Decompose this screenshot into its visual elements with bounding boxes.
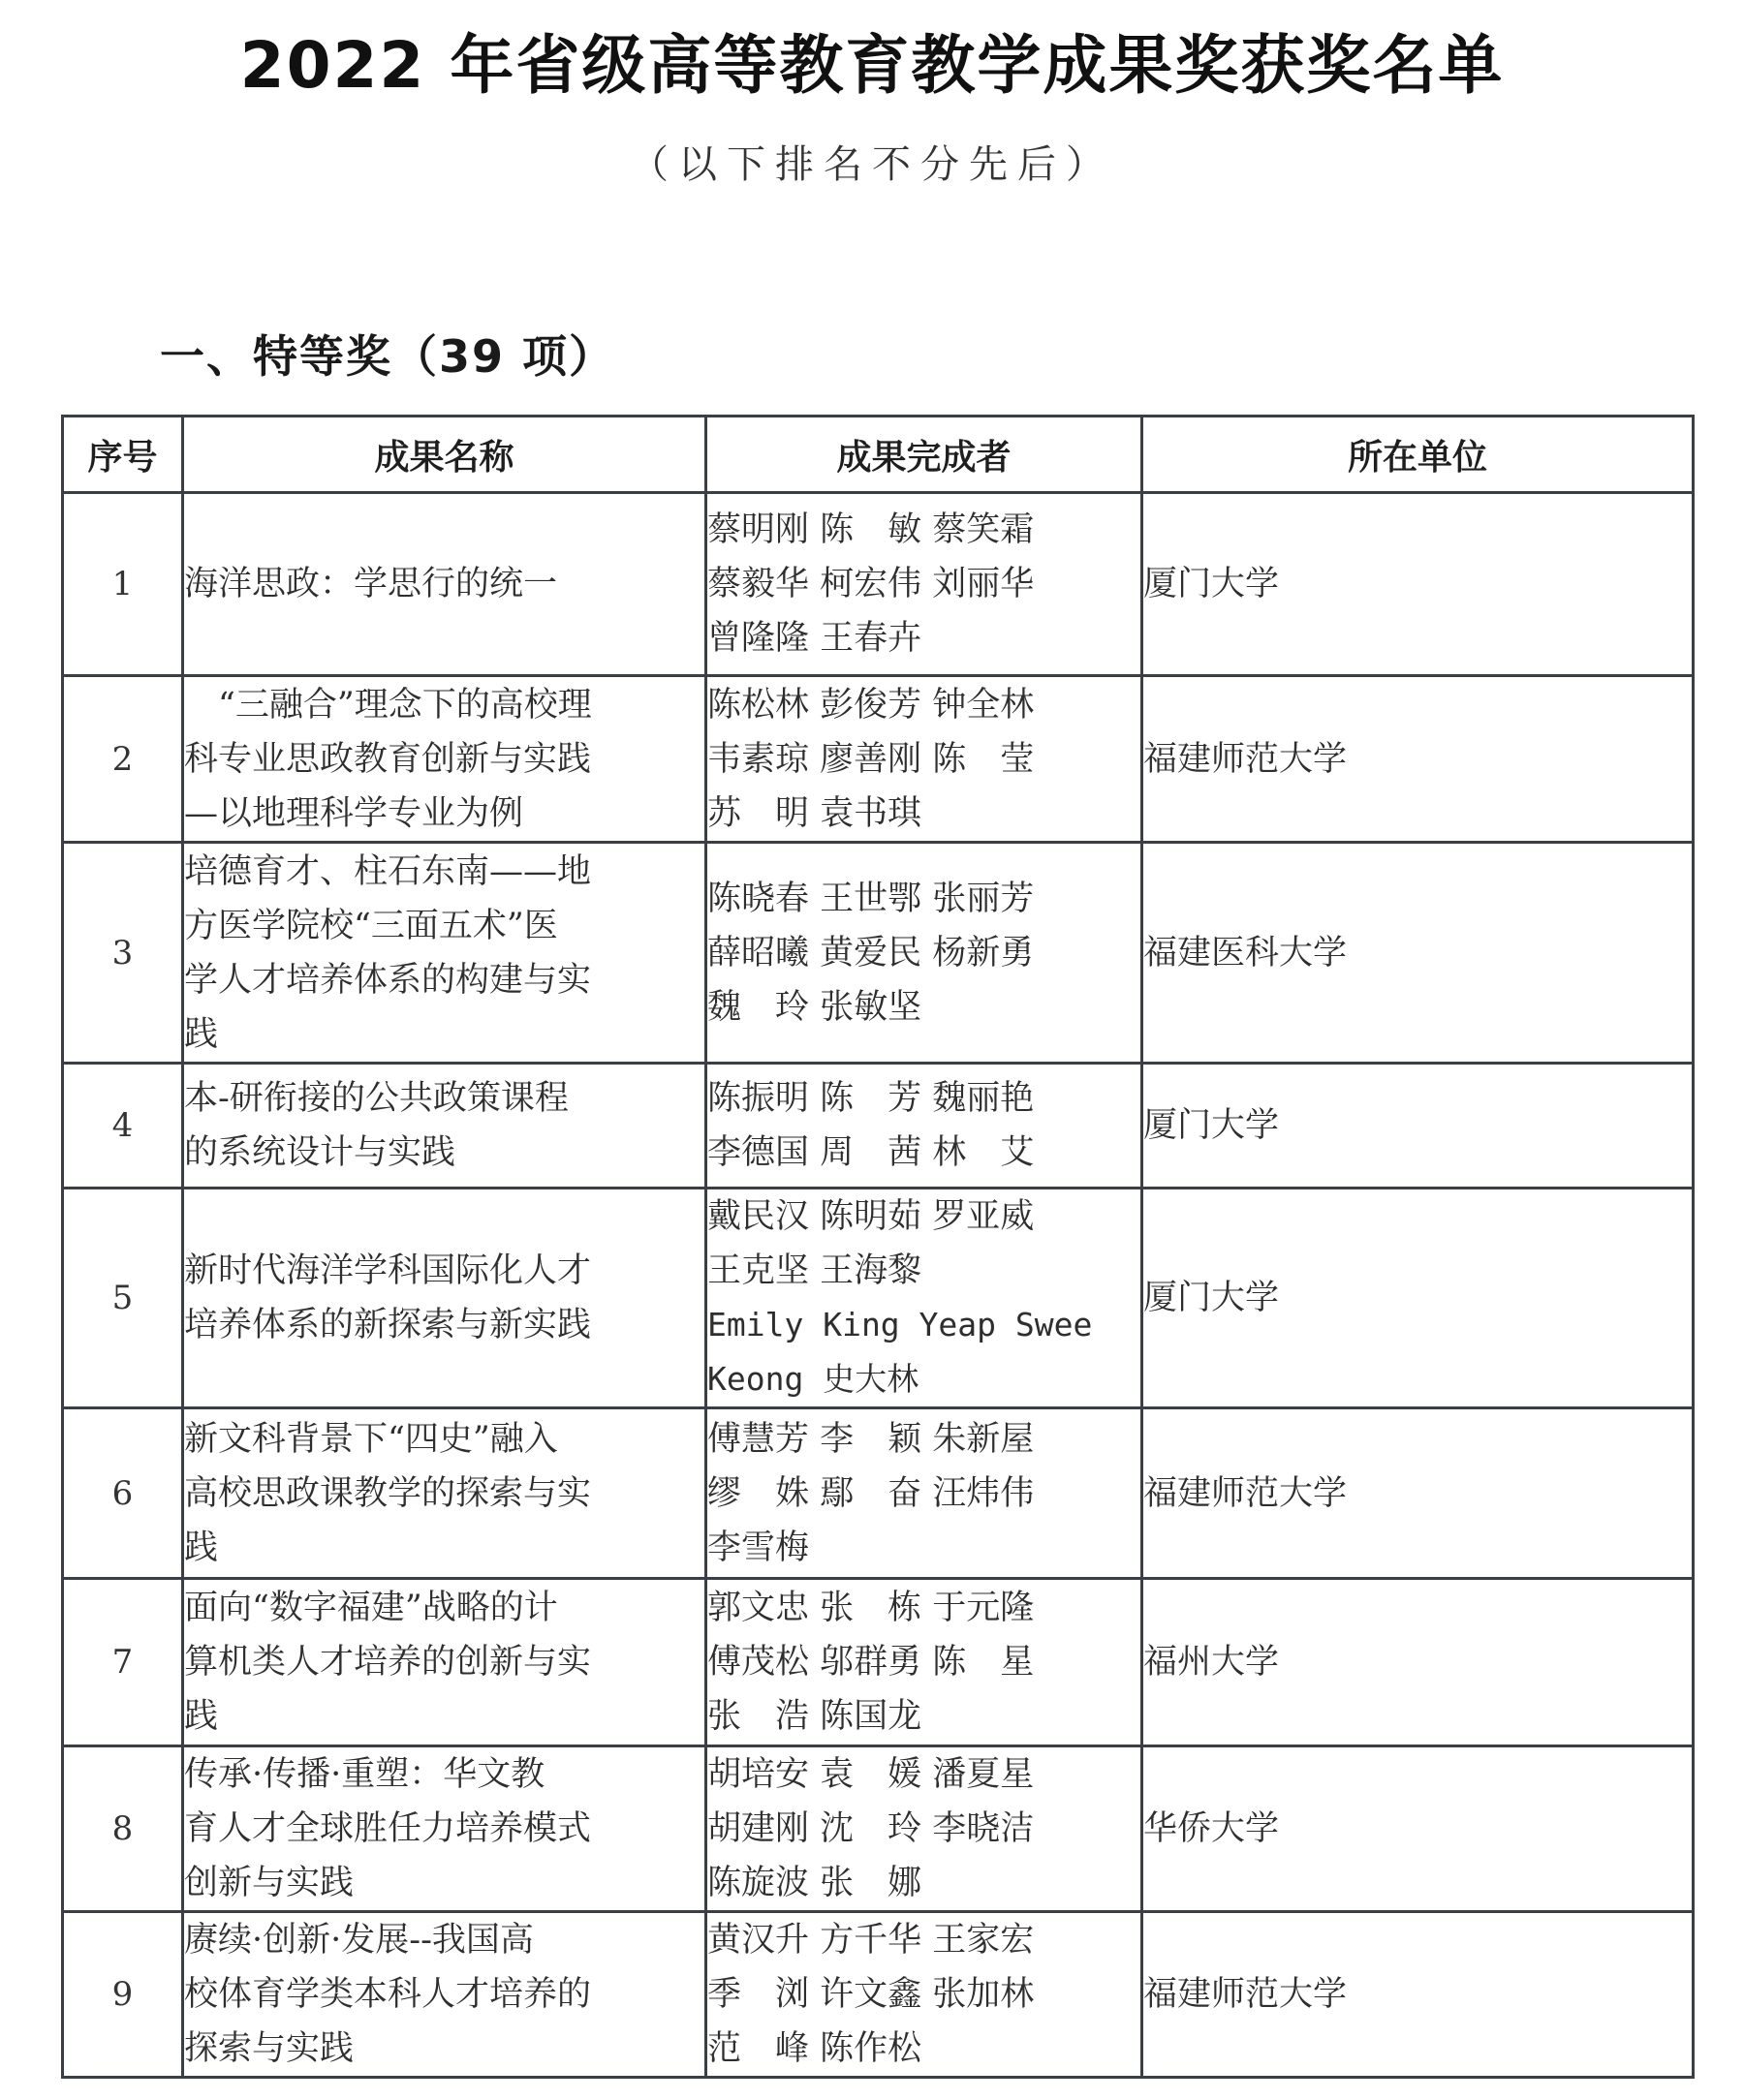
- author-line: 季 浏 许文鑫 张加林: [707, 1967, 1140, 2022]
- author-line: 蔡明刚 陈 敏 蔡笑霜: [707, 503, 1140, 557]
- title-line: “三融合”理念下的高校理: [184, 678, 704, 732]
- achievement-authors: 陈振明 陈 芳 魏丽艳李德国 周 茜 林 艾: [706, 1064, 1142, 1189]
- column-header-authors: 成果完成者: [706, 417, 1142, 493]
- achievement-authors: 陈晓春 王世鄂 张丽芳薛昭曦 黄爱民 杨新勇魏 玲 张敏坚: [706, 843, 1142, 1064]
- table-row: 3 培德育才、柱石东南——地方医学院校“三面五术”医学人才培养体系的构建与实践 …: [63, 843, 1694, 1064]
- institution: 福建师范大学: [1142, 676, 1694, 843]
- author-line: 范 峰 陈作松: [707, 2022, 1140, 2076]
- row-number: 5: [63, 1189, 183, 1408]
- institution: 厦门大学: [1142, 493, 1694, 676]
- title-line: 探索与实践: [184, 2022, 704, 2076]
- title-line: 本-研衔接的公共政策课程: [184, 1071, 704, 1126]
- column-header-number: 序号: [63, 417, 183, 493]
- title-line: 海洋思政：学思行的统一: [184, 557, 704, 611]
- title-line: 培德育才、柱石东南——地: [184, 845, 704, 899]
- row-number: 6: [63, 1408, 183, 1579]
- awards-table: 序号 成果名称 成果完成者 所在单位 1 海洋思政：学思行的统一 蔡明刚 陈 敏…: [61, 415, 1695, 2079]
- title-line: —以地理科学专业为例: [184, 787, 704, 841]
- achievement-authors: 陈松林 彭俊芳 钟全林韦素琼 廖善刚 陈 莹苏 明 袁书琪: [706, 676, 1142, 843]
- achievement-title: 培德育才、柱石东南——地方医学院校“三面五术”医学人才培养体系的构建与实践: [183, 843, 706, 1064]
- institution: 福州大学: [1142, 1579, 1694, 1746]
- column-header-institution: 所在单位: [1142, 417, 1694, 493]
- title-line: 培养体系的新探索与新实践: [184, 1298, 704, 1352]
- table-row: 9 赓续·创新·发展--我国高校体育学类本科人才培养的探索与实践 黄汉升 方千华…: [63, 1912, 1694, 2078]
- title-line: 算机类人才培养的创新与实: [184, 1635, 704, 1689]
- author-line: 戴民汉 陈明茹 罗亚威: [707, 1189, 1140, 1244]
- author-line: 胡建刚 沈 玲 李晓洁: [707, 1802, 1140, 1856]
- author-line: 曾隆隆 王春卉: [707, 611, 1140, 665]
- achievement-authors: 傅慧芳 李 颖 朱新屋缪 姝 鄢 奋 汪炜伟李雪梅: [706, 1408, 1142, 1579]
- achievement-authors: 黄汉升 方千华 王家宏季 浏 许文鑫 张加林范 峰 陈作松: [706, 1912, 1142, 2078]
- institution: 福建医科大学: [1142, 843, 1694, 1064]
- achievement-authors: 胡培安 袁 媛 潘夏星胡建刚 沈 玲 李晓洁陈旋波 张 娜: [706, 1746, 1142, 1912]
- author-line: 魏 玲 张敏坚: [707, 980, 1140, 1035]
- table-row: 6 新文科背景下“四史”融入高校思政课教学的探索与实践 傅慧芳 李 颖 朱新屋缪…: [63, 1408, 1694, 1579]
- author-line: 傅慧芳 李 颖 朱新屋: [707, 1412, 1140, 1467]
- achievement-title: 新文科背景下“四史”融入高校思政课教学的探索与实践: [183, 1408, 706, 1579]
- author-line: 王克坚 王海黎: [707, 1244, 1140, 1298]
- author-line: 李德国 周 茜 林 艾: [707, 1126, 1140, 1180]
- author-line: Keong 史大林: [707, 1352, 1140, 1406]
- title-line: 践: [184, 1007, 704, 1062]
- table-row: 7 面向“数字福建”战略的计算机类人才培养的创新与实践 郭文忠 张 栋 于元隆傅…: [63, 1579, 1694, 1746]
- author-line: 张 浩 陈国龙: [707, 1689, 1140, 1744]
- author-line: 苏 明 袁书琪: [707, 787, 1140, 841]
- document-title: 2022 年省级高等教育教学成果奖获奖名单: [0, 14, 1744, 106]
- achievement-title: 本-研衔接的公共政策课程的系统设计与实践: [183, 1064, 706, 1189]
- author-line: 陈晓春 王世鄂 张丽芳: [707, 872, 1140, 926]
- table-row: 1 海洋思政：学思行的统一 蔡明刚 陈 敏 蔡笑霜蔡毅华 柯宏伟 刘丽华曾隆隆 …: [63, 493, 1694, 676]
- institution: 厦门大学: [1142, 1064, 1694, 1189]
- document-subtitle: （以下排名不分先后）: [0, 134, 1744, 189]
- achievement-title: 面向“数字福建”战略的计算机类人才培养的创新与实践: [183, 1579, 706, 1746]
- author-line: 陈松林 彭俊芳 钟全林: [707, 678, 1140, 732]
- title-line: 践: [184, 1689, 704, 1744]
- row-number: 4: [63, 1064, 183, 1189]
- row-number: 9: [63, 1912, 183, 2078]
- title-line: 面向“数字福建”战略的计: [184, 1581, 704, 1635]
- author-line: 陈旋波 张 娜: [707, 1856, 1140, 1910]
- row-number: 3: [63, 843, 183, 1064]
- author-line: Emily King Yeap Swee: [707, 1298, 1140, 1352]
- title-line: 赓续·创新·发展--我国高: [184, 1913, 704, 1967]
- achievement-authors: 蔡明刚 陈 敏 蔡笑霜蔡毅华 柯宏伟 刘丽华曾隆隆 王春卉: [706, 493, 1142, 676]
- author-line: 胡培安 袁 媛 潘夏星: [707, 1747, 1140, 1802]
- row-number: 7: [63, 1579, 183, 1746]
- title-line: 创新与实践: [184, 1856, 704, 1910]
- title-line: 方医学院校“三面五术”医: [184, 899, 704, 953]
- table-row: 5 新时代海洋学科国际化人才培养体系的新探索与新实践 戴民汉 陈明茹 罗亚威王克…: [63, 1189, 1694, 1408]
- institution: 福建师范大学: [1142, 1912, 1694, 2078]
- table-header-row: 序号 成果名称 成果完成者 所在单位: [63, 417, 1694, 493]
- table-row: 2 “三融合”理念下的高校理科专业思政教育创新与实践—以地理科学专业为例 陈松林…: [63, 676, 1694, 843]
- title-line: 育人才全球胜任力培养模式: [184, 1802, 704, 1856]
- achievement-authors: 戴民汉 陈明茹 罗亚威王克坚 王海黎Emily King Yeap SweeKe…: [706, 1189, 1142, 1408]
- table-body: 1 海洋思政：学思行的统一 蔡明刚 陈 敏 蔡笑霜蔡毅华 柯宏伟 刘丽华曾隆隆 …: [63, 493, 1694, 2078]
- section-heading: 一、特等奖（39 项）: [160, 322, 615, 386]
- achievement-title: 海洋思政：学思行的统一: [183, 493, 706, 676]
- table-row: 4 本-研衔接的公共政策课程的系统设计与实践 陈振明 陈 芳 魏丽艳李德国 周 …: [63, 1064, 1694, 1189]
- author-line: 黄汉升 方千华 王家宏: [707, 1913, 1140, 1967]
- institution: 华侨大学: [1142, 1746, 1694, 1912]
- author-line: 蔡毅华 柯宏伟 刘丽华: [707, 557, 1140, 611]
- institution: 福建师范大学: [1142, 1408, 1694, 1579]
- achievement-title: “三融合”理念下的高校理科专业思政教育创新与实践—以地理科学专业为例: [183, 676, 706, 843]
- author-line: 李雪梅: [707, 1521, 1140, 1575]
- author-line: 傅茂松 邬群勇 陈 星: [707, 1635, 1140, 1689]
- achievement-title: 传承·传播·重塑：华文教育人才全球胜任力培养模式创新与实践: [183, 1746, 706, 1912]
- author-line: 缪 姝 鄢 奋 汪炜伟: [707, 1467, 1140, 1521]
- achievement-title: 新时代海洋学科国际化人才培养体系的新探索与新实践: [183, 1189, 706, 1408]
- achievement-authors: 郭文忠 张 栋 于元隆傅茂松 邬群勇 陈 星张 浩 陈国龙: [706, 1579, 1142, 1746]
- column-header-title: 成果名称: [183, 417, 706, 493]
- achievement-title: 赓续·创新·发展--我国高校体育学类本科人才培养的探索与实践: [183, 1912, 706, 2078]
- title-line: 践: [184, 1521, 704, 1575]
- author-line: 薛昭曦 黄爱民 杨新勇: [707, 926, 1140, 980]
- author-line: 郭文忠 张 栋 于元隆: [707, 1581, 1140, 1635]
- title-line: 的系统设计与实践: [184, 1126, 704, 1180]
- title-line: 高校思政课教学的探索与实: [184, 1467, 704, 1521]
- row-number: 8: [63, 1746, 183, 1912]
- author-line: 陈振明 陈 芳 魏丽艳: [707, 1071, 1140, 1126]
- title-line: 新时代海洋学科国际化人才: [184, 1244, 704, 1298]
- title-line: 传承·传播·重塑：华文教: [184, 1747, 704, 1802]
- title-line: 学人才培养体系的构建与实: [184, 953, 704, 1007]
- title-line: 科专业思政教育创新与实践: [184, 732, 704, 787]
- title-line: 新文科背景下“四史”融入: [184, 1412, 704, 1467]
- table-row: 8 传承·传播·重塑：华文教育人才全球胜任力培养模式创新与实践 胡培安 袁 媛 …: [63, 1746, 1694, 1912]
- title-line: 校体育学类本科人才培养的: [184, 1967, 704, 2022]
- row-number: 1: [63, 493, 183, 676]
- row-number: 2: [63, 676, 183, 843]
- institution: 厦门大学: [1142, 1189, 1694, 1408]
- author-line: 韦素琼 廖善刚 陈 莹: [707, 732, 1140, 787]
